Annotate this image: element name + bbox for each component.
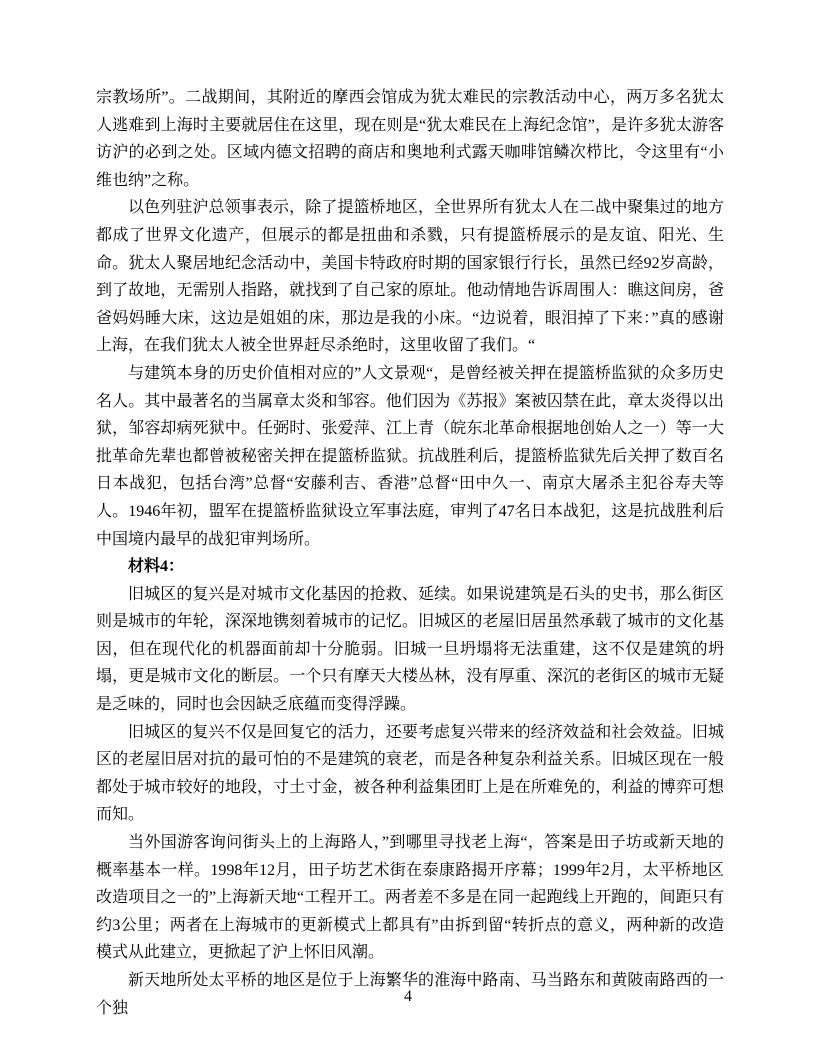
paragraph-tianzifang-xintiandi: 当外国游客询问街头上的上海路人，”到哪里寻找老上海“，答案是田子坊或新天地的概率… [96, 829, 724, 967]
paragraph-religious-site: 宗教场所”。二战期间，其附近的摩西会馆成为犹太难民的宗教活动中心，两万多名犹太人… [96, 84, 724, 194]
document-body: 宗教场所”。二战期间，其附近的摩西会馆成为犹太难民的宗教活动中心，两万多名犹太人… [96, 84, 724, 1022]
material-4-heading: 材料4： [96, 553, 724, 581]
paragraph-israel-consul: 以色列驻沪总领事表示，除了提篮桥地区，全世界所有犹太人在二战中聚集过的地方都成了… [96, 194, 724, 360]
paragraph-prison-history: 与建筑本身的历史价值相对应的”人文景观“，是曾经被关押在提篮桥监狱的众多历史名人… [96, 360, 724, 553]
document-page: 宗教场所”。二战期间，其附近的摩西会馆成为犹太难民的宗教活动中心，两万多名犹太人… [0, 0, 816, 1056]
paragraph-old-city-revival: 旧城区的复兴是对城市文化基因的抢救、延续。如果说建筑是石头的史书，那么街区则是城… [96, 581, 724, 719]
paragraph-revival-interests: 旧城区的复兴不仅是回复它的活力，还要考虑复兴带来的经济效益和社会效益。旧城区的老… [96, 719, 724, 829]
page-number: 4 [0, 987, 816, 1007]
